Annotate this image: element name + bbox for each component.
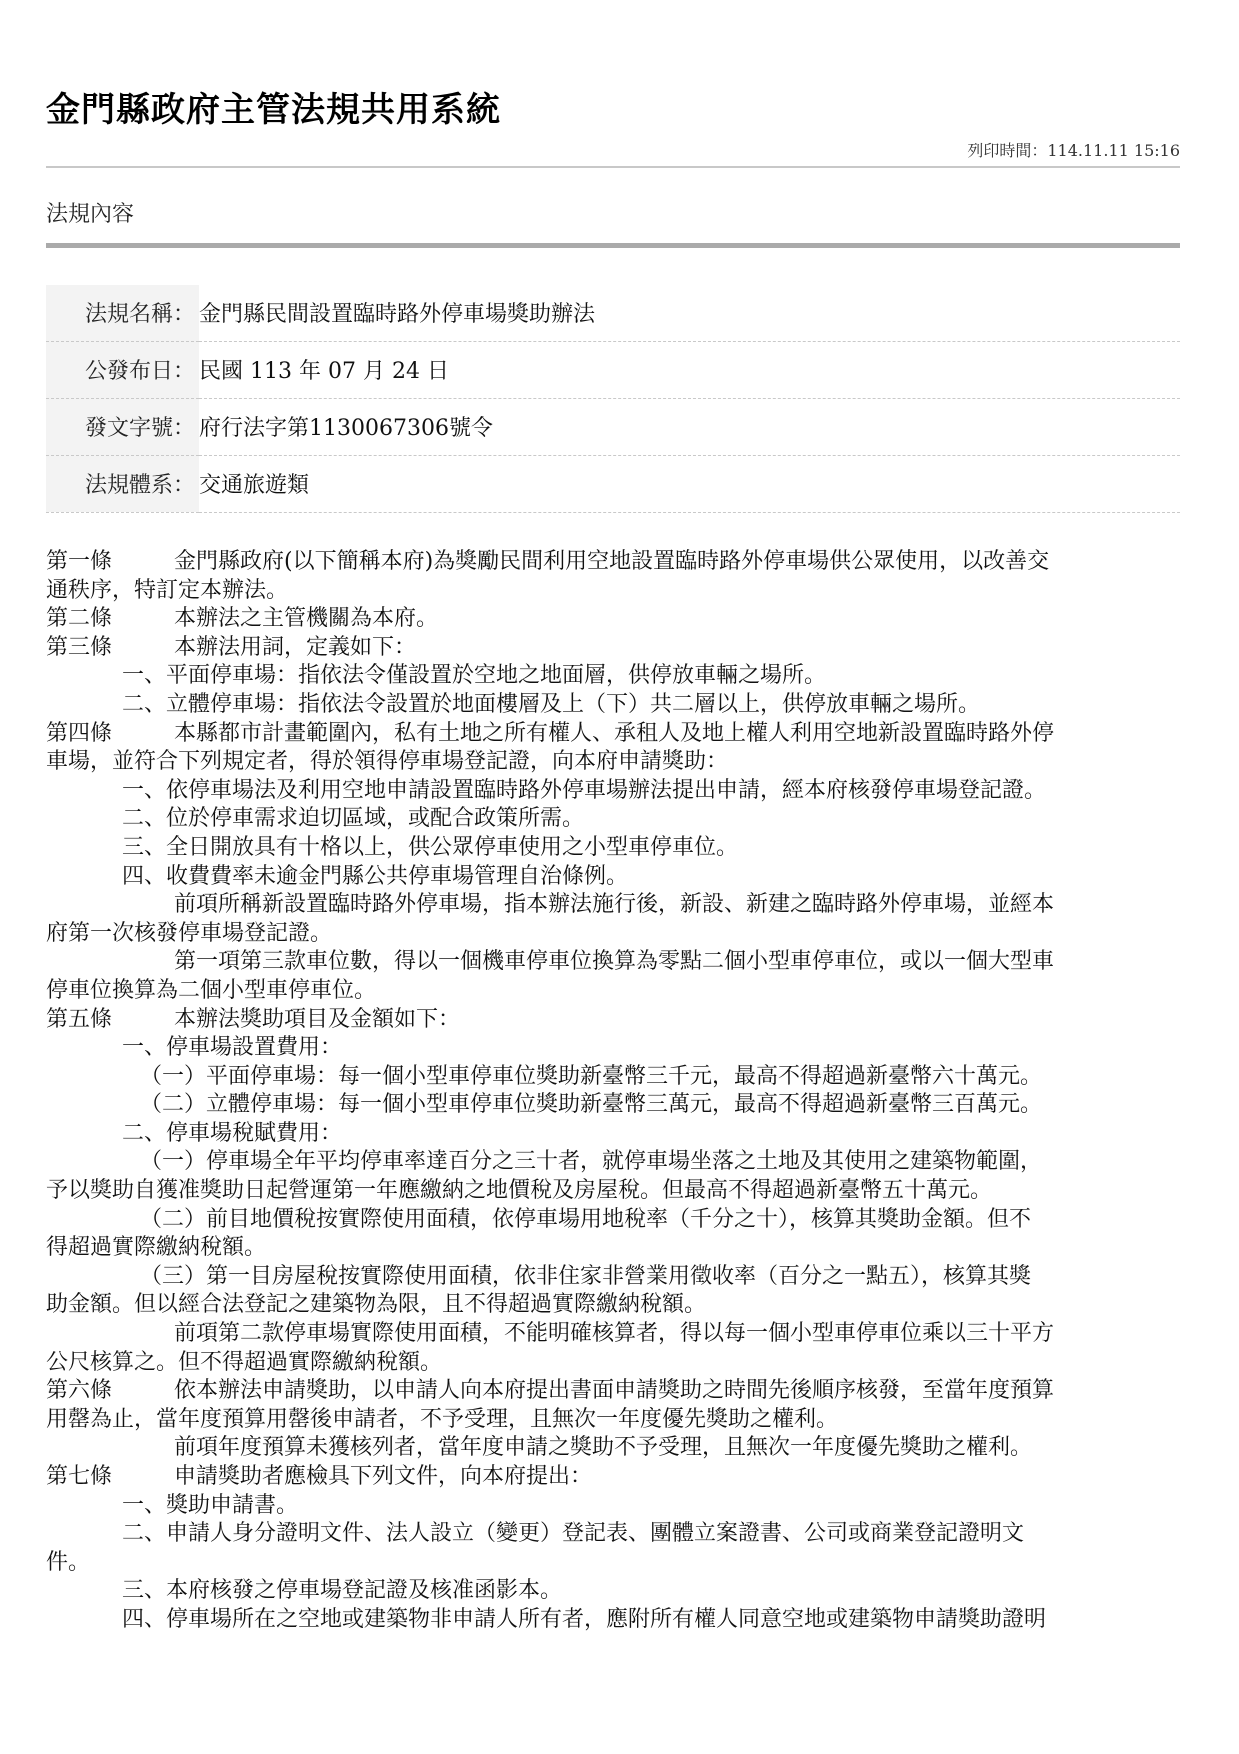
article-item: 三、全日開放具有十格以上，供公眾停車使用之小型車停車位。 [46,834,1180,863]
article-1: 第一條金門縣政府(以下簡稱本府)為獎勵民間利用空地設置臨時路外停車場供公眾使用，… [46,548,1180,577]
article-item: 四、停車場所在之空地或建築物非申請人所有者，應附所有權人同意空地或建築物申請獎助… [46,1606,1180,1635]
article-heading: 第四條 [46,720,174,749]
section-divider [46,243,1180,248]
article-heading: 第五條 [46,1006,174,1035]
regulation-body: 第一條金門縣政府(以下簡稱本府)為獎勵民間利用空地設置臨時路外停車場供公眾使用，… [46,548,1180,1635]
meta-label: 法規體系： [46,455,199,512]
article-text-cont: 用罄為止，當年度預算用罄後申請者，不予受理，且無次一年度優先獎助之權利。 [46,1406,1180,1435]
meta-row-category: 法規體系： 交通旅遊類 [46,455,1180,512]
meta-label: 發文字號： [46,398,199,455]
article-heading: 第六條 [46,1377,174,1406]
meta-row-name: 法規名稱： 金門縣民間設置臨時路外停車場獎助辦法 [46,285,1180,341]
article-text-cont: 予以獎助自獲准獎助日起營運第一年應繳納之地價稅及房屋稅。但最高不得超過新臺幣五十… [46,1177,1180,1206]
article-text-cont: 公尺核算之。但不得超過實際繳納稅額。 [46,1349,1180,1378]
site-title: 金門縣政府主管法規共用系統 [46,84,501,136]
article-paragraph: 第一項第三款車位數，得以一個機車停車位換算為零點二個小型車停車位，或以一個大型車 [46,948,1180,977]
meta-label: 公發布日： [46,341,199,398]
article-2: 第二條本辦法之主管機關為本府。 [46,605,1180,634]
print-time-value: 114.11.11 15:16 [1047,141,1180,160]
article-item: 一、獎助申請書。 [46,1492,1180,1521]
article-paragraph: 前項所稱新設置臨時路外停車場，指本辦法施行後，新設、新建之臨時路外停車場，並經本 [46,891,1180,920]
article-text-cont: 件。 [46,1549,1180,1578]
article-text: 本辦法獎助項目及金額如下： [174,1007,460,1032]
print-time-label: 列印時間： [967,141,1047,160]
article-paragraph: 前項年度預算未獲核列者，當年度申請之獎助不予受理，且無次一年度優先獎助之權利。 [46,1434,1180,1463]
article-item: 一、依停車場法及利用空地申請設置臨時路外停車場辦法提出申請，經本府核發停車場登記… [46,777,1180,806]
article-text-cont: 助金額。但以經合法登記之建築物為限，且不得超過實際繳納稅額。 [46,1291,1180,1320]
article-heading: 第七條 [46,1463,174,1492]
article-heading: 第二條 [46,605,174,634]
article-heading: 第一條 [46,548,174,577]
print-time: 列印時間：114.11.11 15:16 [967,140,1180,162]
article-item: 一、平面停車場：指依法令僅設置於空地之地面層，供停放車輛之場所。 [46,662,1180,691]
document-number: 府行法字第1130067306號令 [199,398,1180,455]
article-subitem: （一）平面停車場：每一個小型車停車位獎助新臺幣三千元，最高不得超過新臺幣六十萬元… [46,1063,1180,1092]
article-text: 本辦法之主管機關為本府。 [174,606,438,631]
article-text-cont: 得超過實際繳納稅額。 [46,1234,1180,1263]
article-text: 依本辦法申請獎助，以申請人向本府提出書面申請獎助之時間先後順序核發，至當年度預算 [174,1378,1054,1403]
article-item: 四、收費費率未逾金門縣公共停車場管理自治條例。 [46,863,1180,892]
article-text-cont: 停車位換算為二個小型車停車位。 [46,977,1180,1006]
meta-row-date: 公發布日： 民國 113 年 07 月 24 日 [46,341,1180,398]
article-subitem: （三）第一目房屋稅按實際使用面積，依非住家非營業用徵收率（百分之一點五），核算其… [46,1263,1180,1292]
article-6: 第六條依本辦法申請獎助，以申請人向本府提出書面申請獎助之時間先後順序核發，至當年… [46,1377,1180,1406]
article-subitem: （一）停車場全年平均停車率達百分之三十者，就停車場坐落之土地及其使用之建築物範圍… [46,1148,1180,1177]
article-item: 二、立體停車場：指依法令設置於地面樓層及上（下）共二層以上，供停放車輛之場所。 [46,691,1180,720]
article-text: 金門縣政府(以下簡稱本府)為獎勵民間利用空地設置臨時路外停車場供公眾使用，以改善… [174,549,1049,574]
promulgation-date: 民國 113 年 07 月 24 日 [199,341,1180,398]
article-paragraph: 前項第二款停車場實際使用面積，不能明確核算者，得以每一個小型車停車位乘以三十平方 [46,1320,1180,1349]
article-item: 二、申請人身分證明文件、法人設立（變更）登記表、團體立案證書、公司或商業登記證明… [46,1520,1180,1549]
article-text-cont: 車場，並符合下列規定者，得於領得停車場登記證，向本府申請獎助： [46,748,1180,777]
regulation-name: 金門縣民間設置臨時路外停車場獎助辦法 [199,285,1180,341]
article-3: 第三條本辦法用詞，定義如下： [46,634,1180,663]
meta-label: 法規名稱： [46,285,199,341]
article-item: 一、停車場設置費用： [46,1034,1180,1063]
article-item: 二、停車場稅賦費用： [46,1120,1180,1149]
article-5: 第五條本辦法獎助項目及金額如下： [46,1006,1180,1035]
article-text: 本辦法用詞，定義如下： [174,635,416,660]
article-4: 第四條本縣都市計畫範圍內，私有土地之所有權人、承租人及地上權人利用空地新設置臨時… [46,720,1180,749]
article-7: 第七條申請獎助者應檢具下列文件，向本府提出： [46,1463,1180,1492]
article-text: 申請獎助者應檢具下列文件，向本府提出： [174,1464,592,1489]
header-divider [46,166,1180,168]
article-heading: 第三條 [46,634,174,663]
article-item: 二、位於停車需求迫切區域，或配合政策所需。 [46,805,1180,834]
regulation-metadata-table: 法規名稱： 金門縣民間設置臨時路外停車場獎助辦法 公發布日： 民國 113 年 … [46,285,1180,513]
section-title: 法規內容 [46,198,134,232]
article-text-cont: 通秩序，特訂定本辦法。 [46,577,1180,606]
article-subitem: （二）立體停車場：每一個小型車停車位獎助新臺幣三萬元，最高不得超過新臺幣三百萬元… [46,1091,1180,1120]
article-item: 三、本府核發之停車場登記證及核准函影本。 [46,1577,1180,1606]
article-subitem: （二）前目地價稅按實際使用面積，依停車場用地稅率（千分之十），核算其獎助金額。但… [46,1206,1180,1235]
article-text-cont: 府第一次核發停車場登記證。 [46,920,1180,949]
regulation-category: 交通旅遊類 [199,455,1180,512]
article-text: 本縣都市計畫範圍內，私有土地之所有權人、承租人及地上權人利用空地新設置臨時路外停 [174,721,1054,746]
meta-row-doc-number: 發文字號： 府行法字第1130067306號令 [46,398,1180,455]
